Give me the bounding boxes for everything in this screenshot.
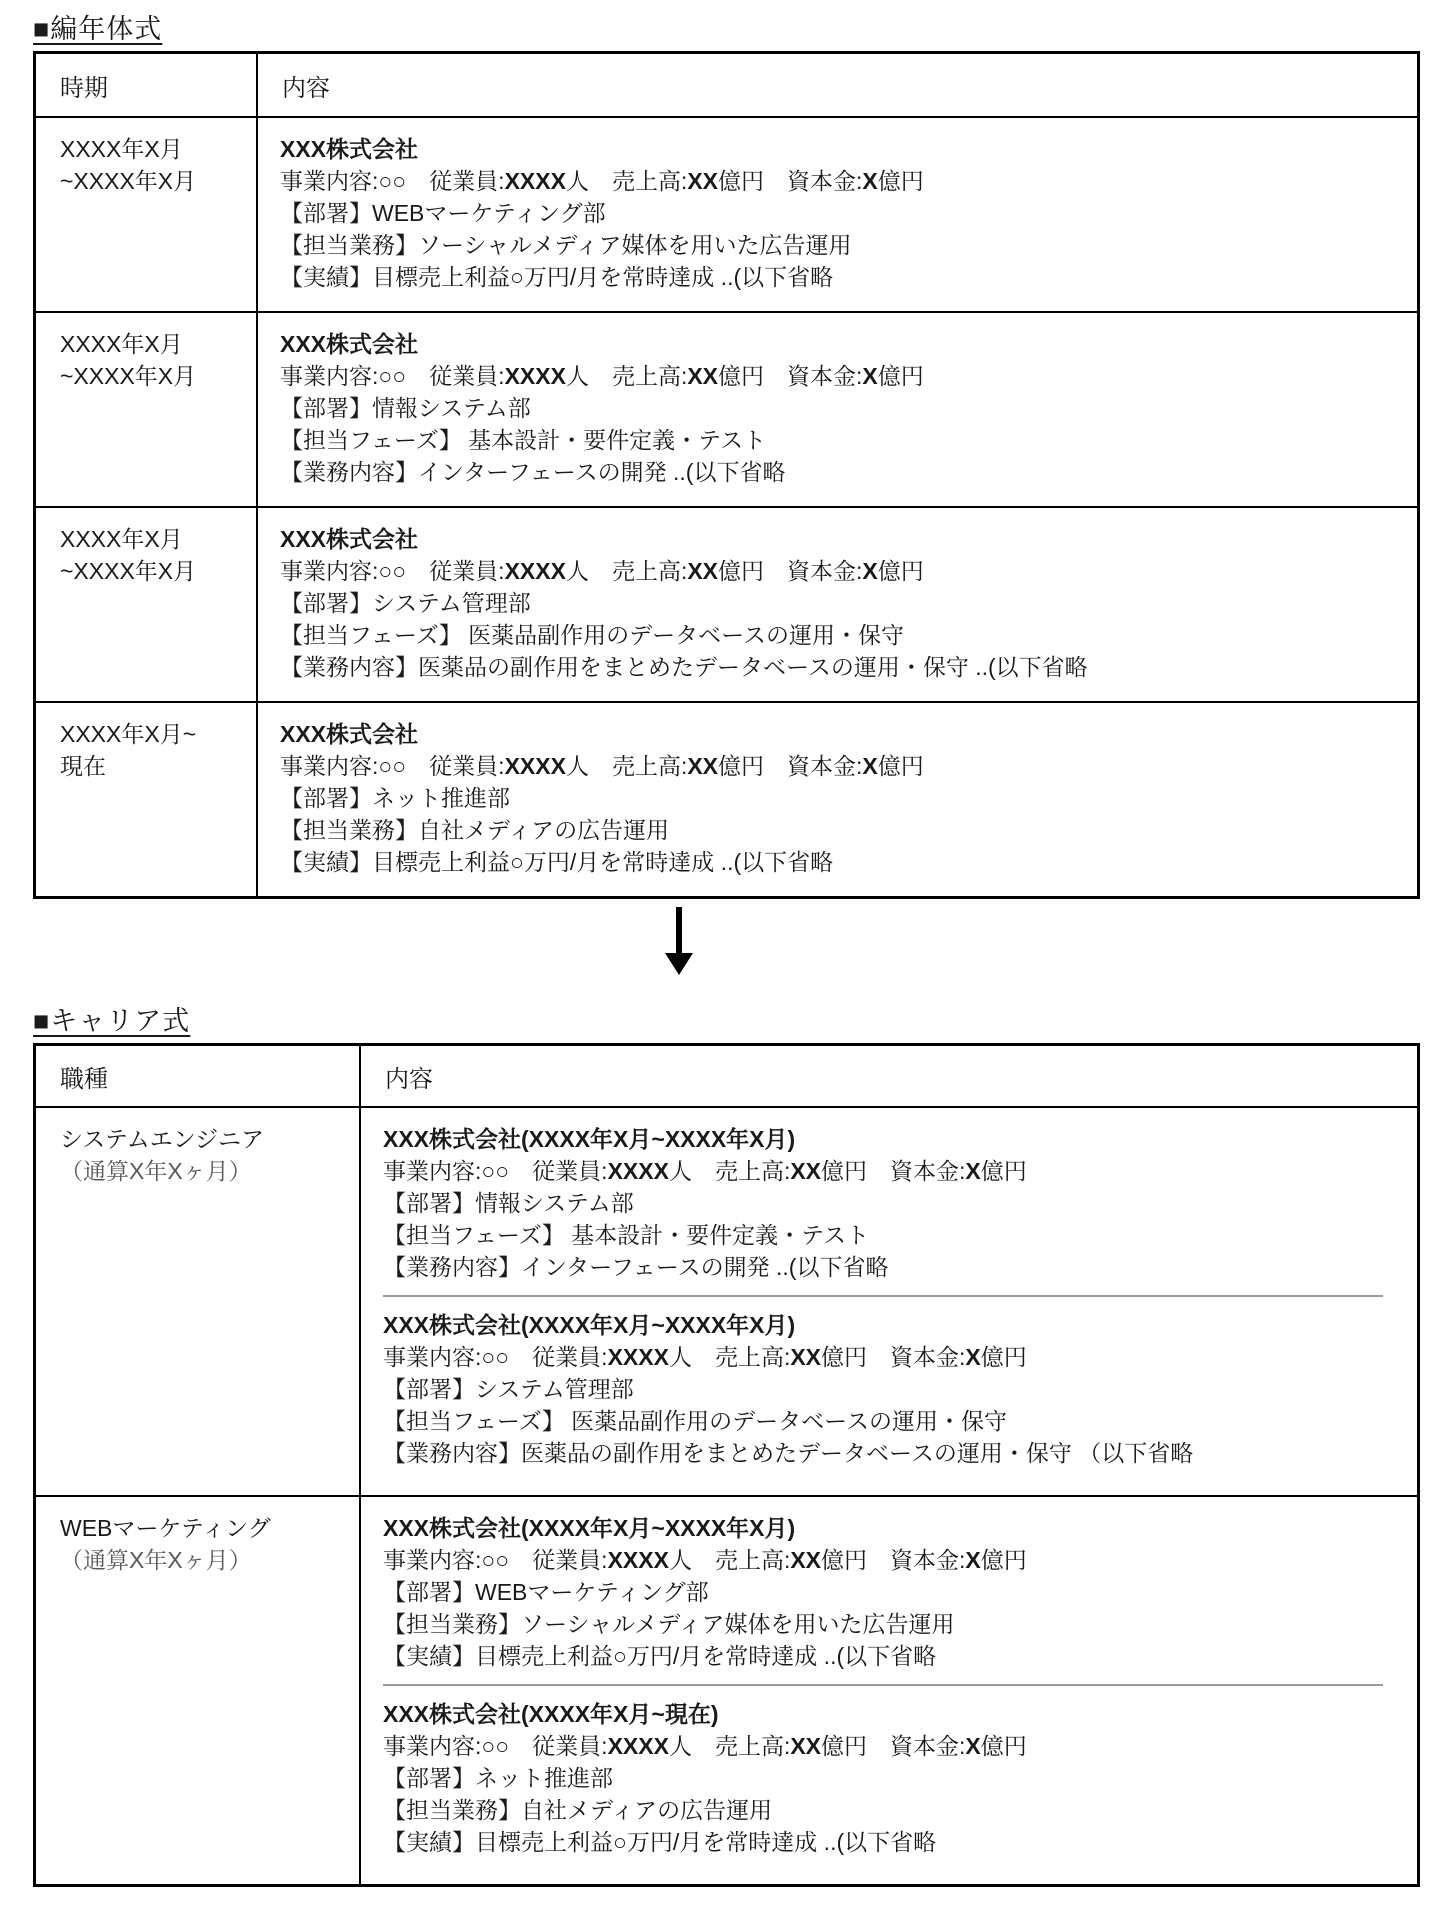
content-line: 事業内容:○○ 従業員:XXXX人 売上高:XX億円 資本金:X億円	[280, 555, 1397, 587]
text-segment: XXXX	[505, 363, 566, 389]
text-segment: XX	[790, 1547, 821, 1573]
content-line: XXX株式会社	[280, 718, 1397, 750]
text-segment: 億円 資本金:	[718, 168, 862, 194]
text-segment: 人 売上高:	[566, 168, 687, 194]
chronological-table-header: 時期 内容	[36, 54, 1417, 116]
text-segment: 事業内容:○○ 従業員:	[280, 558, 505, 584]
text-segment: 【実績】目標売上利益○万円/月を常時達成 ..(以下省略	[383, 1643, 936, 1669]
text-segment: 事業内容:○○ 従業員:	[383, 1733, 608, 1759]
text-segment: XXXX	[608, 1158, 669, 1184]
text-segment: 【実績】目標売上利益○万円/月を常時達成 ..(以下省略	[383, 1829, 936, 1855]
content-line: 【業務内容】医薬品の副作用をまとめたデータベースの運用・保守 ..(以下省略	[280, 651, 1397, 683]
text-segment: 【部署】システム管理部	[383, 1376, 634, 1402]
down-arrow-stem	[676, 907, 682, 953]
content-line: 【部署】WEBマーケティング部	[280, 197, 1397, 229]
text-segment: 【部署】ネット推進部	[280, 785, 510, 811]
text-segment: 【担当フェーズ】 基本設計・要件定義・テスト	[383, 1222, 869, 1248]
content-line: 【担当フェーズ】 基本設計・要件定義・テスト	[280, 424, 1397, 456]
text-segment: XX	[687, 753, 718, 779]
text-segment: XXX株式会社	[280, 136, 418, 162]
content-line: XXX株式会社	[280, 523, 1397, 555]
text-segment: 【部署】WEBマーケティング部	[383, 1579, 709, 1605]
content-block: XXX株式会社(XXXX年X月~XXXX年X月)事業内容:○○ 従業員:XXXX…	[383, 1512, 1397, 1672]
period-cell: XXXX年X月~XXXX年X月	[36, 508, 258, 701]
text-segment: 人 売上高:	[566, 753, 687, 779]
text-segment: 【担当フェーズ】 基本設計・要件定義・テスト	[280, 427, 766, 453]
period-line: 現在	[60, 750, 236, 782]
text-segment: XXX株式会社	[280, 526, 418, 552]
text-segment: 【部署】情報システム部	[383, 1190, 634, 1216]
text-segment: XX	[790, 1344, 821, 1370]
text-segment: 億円 資本金:	[718, 363, 862, 389]
block-separator	[383, 1684, 1383, 1686]
text-segment: 億円 資本金:	[821, 1547, 965, 1573]
period-cell: XXXX年X月~XXXX年X月	[36, 313, 258, 506]
content-line: 【担当業務】ソーシャルメディア媒体を用いた広告運用	[383, 1608, 1397, 1640]
text-segment: X	[862, 168, 877, 194]
text-segment: 事業内容:○○ 従業員:	[383, 1344, 608, 1370]
text-segment: XXXX	[505, 753, 566, 779]
content-cell: XXX株式会社事業内容:○○ 従業員:XXXX人 売上高:XX億円 資本金:X億…	[258, 313, 1417, 506]
content-block: XXX株式会社(XXXX年X月~XXXX年X月)事業内容:○○ 従業員:XXXX…	[383, 1123, 1397, 1283]
chronological-table: 時期 内容 XXXX年X月~XXXX年X月XXX株式会社事業内容:○○ 従業員:…	[33, 51, 1420, 899]
content-line: 事業内容:○○ 従業員:XXXX人 売上高:XX億円 資本金:X億円	[280, 165, 1397, 197]
document-page: ■編年体式 時期 内容 XXXX年X月~XXXX年X月XXX株式会社事業内容:○…	[0, 0, 1445, 1887]
text-segment: X	[862, 753, 877, 779]
role-cell: WEBマーケティング（通算X年Xヶ月）	[36, 1497, 361, 1884]
content-line: 事業内容:○○ 従業員:XXXX人 売上高:XX億円 資本金:X億円	[383, 1341, 1397, 1373]
text-segment: 【業務内容】インターフェースの開発 ..(以下省略	[383, 1254, 888, 1280]
table-row: XXXX年X月~XXXX年X月XXX株式会社事業内容:○○ 従業員:XXXX人 …	[36, 116, 1417, 311]
table-row: WEBマーケティング（通算X年Xヶ月）XXX株式会社(XXXX年X月~XXXX年…	[36, 1495, 1417, 1884]
career-table-body: システムエンジニア（通算X年Xヶ月）XXX株式会社(XXXX年X月~XXXX年X…	[36, 1106, 1417, 1884]
text-segment: XXXX	[505, 168, 566, 194]
content-line: 【部署】ネット推進部	[383, 1762, 1397, 1794]
text-segment: 【部署】システム管理部	[280, 590, 531, 616]
career-table-header: 職種 内容	[36, 1046, 1417, 1106]
period-cell: XXXX年X月~現在	[36, 703, 258, 896]
content-line: 事業内容:○○ 従業員:XXXX人 売上高:XX億円 資本金:X億円	[280, 360, 1397, 392]
table-row: システムエンジニア（通算X年Xヶ月）XXX株式会社(XXXX年X月~XXXX年X…	[36, 1106, 1417, 1495]
content-line: 事業内容:○○ 従業員:XXXX人 売上高:XX億円 資本金:X億円	[383, 1544, 1397, 1576]
down-arrow-icon	[665, 907, 693, 975]
text-segment: 億円	[981, 1344, 1027, 1370]
content-line: 【部署】システム管理部	[383, 1373, 1397, 1405]
content-line: 事業内容:○○ 従業員:XXXX人 売上高:XX億円 資本金:X億円	[280, 750, 1397, 782]
text-segment: 億円 資本金:	[718, 558, 862, 584]
text-segment: XXXX	[608, 1547, 669, 1573]
content-line: 【実績】目標売上利益○万円/月を常時達成 ..(以下省略	[383, 1826, 1397, 1858]
text-segment: X	[862, 558, 877, 584]
content-line: XXX株式会社(XXXX年X月~XXXX年X月)	[383, 1123, 1397, 1155]
period-cell: XXXX年X月~XXXX年X月	[36, 118, 258, 311]
text-segment: 億円 資本金:	[821, 1158, 965, 1184]
role-duration-note: （通算X年Xヶ月）	[60, 1155, 339, 1187]
text-segment: 【担当業務】自社メディアの広告運用	[383, 1797, 772, 1823]
text-segment: XXXX	[608, 1344, 669, 1370]
text-segment: 【担当フェーズ】 医薬品副作用のデータベースの運用・保守	[383, 1408, 1007, 1434]
text-segment: 人 売上高:	[566, 558, 687, 584]
content-line: 【担当業務】自社メディアの広告運用	[383, 1794, 1397, 1826]
text-segment: 【担当フェーズ】 医薬品副作用のデータベースの運用・保守	[280, 622, 904, 648]
content-block: XXX株式会社(XXXX年X月~XXXX年X月)事業内容:○○ 従業員:XXXX…	[383, 1309, 1397, 1469]
content-cell: XXX株式会社事業内容:○○ 従業員:XXXX人 売上高:XX億円 資本金:X億…	[258, 508, 1417, 701]
content-block: XXX株式会社事業内容:○○ 従業員:XXXX人 売上高:XX億円 資本金:X億…	[280, 523, 1397, 683]
text-segment: XXX株式会社(XXXX年X月~現在)	[383, 1701, 718, 1727]
text-segment: XXXX	[505, 558, 566, 584]
column-header-role: 職種	[36, 1046, 361, 1106]
text-segment: 人 売上高:	[669, 1158, 790, 1184]
section-title-career-text: ■キャリア式	[33, 1006, 190, 1036]
content-line: 【部署】情報システム部	[383, 1187, 1397, 1219]
content-line: 【部署】ネット推進部	[280, 782, 1397, 814]
content-line: 事業内容:○○ 従業員:XXXX人 売上高:XX億円 資本金:X億円	[383, 1155, 1397, 1187]
content-line: 【実績】目標売上利益○万円/月を常時達成 ..(以下省略	[383, 1640, 1397, 1672]
period-line: ~XXXX年X月	[60, 555, 236, 587]
content-cell: XXX株式会社(XXXX年X月~XXXX年X月)事業内容:○○ 従業員:XXXX…	[361, 1108, 1417, 1495]
text-segment: 億円	[981, 1158, 1027, 1184]
text-segment: XX	[790, 1158, 821, 1184]
text-segment: 億円	[878, 753, 924, 779]
period-line: ~XXXX年X月	[60, 360, 236, 392]
role-name: システムエンジニア	[60, 1123, 339, 1155]
content-line: XXX株式会社(XXXX年X月~XXXX年X月)	[383, 1309, 1397, 1341]
text-segment: XXX株式会社(XXXX年X月~XXXX年X月)	[383, 1312, 795, 1338]
text-segment: 【担当業務】ソーシャルメディア媒体を用いた広告運用	[280, 232, 852, 258]
content-line: 【担当フェーズ】 医薬品副作用のデータベースの運用・保守	[280, 619, 1397, 651]
text-segment: 【業務内容】医薬品の副作用をまとめたデータベースの運用・保守 ..(以下省略	[280, 654, 1088, 680]
text-segment: XX	[687, 558, 718, 584]
text-segment: 億円	[878, 363, 924, 389]
role-name: WEBマーケティング	[60, 1512, 339, 1544]
content-line: XXX株式会社(XXXX年X月~現在)	[383, 1698, 1397, 1730]
period-line: XXXX年X月	[60, 328, 236, 360]
column-header-content: 内容	[258, 54, 1417, 116]
content-line: 事業内容:○○ 従業員:XXXX人 売上高:XX億円 資本金:X億円	[383, 1730, 1397, 1762]
content-block: XXX株式会社事業内容:○○ 従業員:XXXX人 売上高:XX億円 資本金:X億…	[280, 718, 1397, 878]
role-cell: システムエンジニア（通算X年Xヶ月）	[36, 1108, 361, 1495]
text-segment: XXXX	[608, 1733, 669, 1759]
text-segment: 事業内容:○○ 従業員:	[383, 1547, 608, 1573]
text-segment: X	[862, 363, 877, 389]
block-separator	[383, 1295, 1383, 1297]
text-segment: 億円 資本金:	[718, 753, 862, 779]
column-header-period: 時期	[36, 54, 258, 116]
content-cell: XXX株式会社事業内容:○○ 従業員:XXXX人 売上高:XX億円 資本金:X億…	[258, 703, 1417, 896]
text-segment: XXX株式会社(XXXX年X月~XXXX年X月)	[383, 1126, 795, 1152]
section-title-career: ■キャリア式	[33, 1005, 1420, 1037]
text-segment: XX	[687, 168, 718, 194]
text-segment: 【業務内容】インターフェースの開発 ..(以下省略	[280, 459, 785, 485]
text-segment: 人 売上高:	[566, 363, 687, 389]
content-line: 【業務内容】インターフェースの開発 ..(以下省略	[383, 1251, 1397, 1283]
text-segment: 【部署】WEBマーケティング部	[280, 200, 606, 226]
text-segment: X	[965, 1344, 980, 1370]
content-line: 【業務内容】インターフェースの開発 ..(以下省略	[280, 456, 1397, 488]
period-line: XXXX年X月~	[60, 718, 236, 750]
text-segment: 人 売上高:	[669, 1733, 790, 1759]
content-line: 【部署】システム管理部	[280, 587, 1397, 619]
content-line: 【業務内容】医薬品の副作用をまとめたデータベースの運用・保守 （以下省略	[383, 1437, 1397, 1469]
text-segment: X	[965, 1547, 980, 1573]
text-segment: 人 売上高:	[669, 1344, 790, 1370]
text-segment: 事業内容:○○ 従業員:	[280, 753, 505, 779]
column-header-content: 内容	[361, 1046, 1417, 1106]
text-segment: 人 売上高:	[669, 1547, 790, 1573]
text-segment: 【業務内容】医薬品の副作用をまとめたデータベースの運用・保守 （以下省略	[383, 1440, 1193, 1466]
text-segment: 億円	[981, 1733, 1027, 1759]
text-segment: 【部署】情報システム部	[280, 395, 531, 421]
text-segment: 【担当業務】自社メディアの広告運用	[280, 817, 669, 843]
text-segment: 事業内容:○○ 従業員:	[280, 363, 505, 389]
section-title-chronological: ■編年体式	[33, 13, 1420, 45]
period-line: XXXX年X月	[60, 523, 236, 555]
text-segment: XXX株式会社	[280, 721, 418, 747]
text-segment: XX	[687, 363, 718, 389]
content-line: XXX株式会社	[280, 133, 1397, 165]
content-line: 【実績】目標売上利益○万円/月を常時達成 ..(以下省略	[280, 261, 1397, 293]
text-segment: 事業内容:○○ 従業員:	[383, 1158, 608, 1184]
table-row: XXXX年X月~XXXX年X月XXX株式会社事業内容:○○ 従業員:XXXX人 …	[36, 506, 1417, 701]
text-segment: 億円 資本金:	[821, 1733, 965, 1759]
content-cell: XXX株式会社事業内容:○○ 従業員:XXXX人 売上高:XX億円 資本金:X億…	[258, 118, 1417, 311]
text-segment: 億円 資本金:	[821, 1344, 965, 1370]
role-duration-note: （通算X年Xヶ月）	[60, 1544, 339, 1576]
text-segment: 【担当業務】ソーシャルメディア媒体を用いた広告運用	[383, 1611, 955, 1637]
text-segment: 【部署】ネット推進部	[383, 1765, 613, 1791]
content-line: XXX株式会社	[280, 328, 1397, 360]
text-segment: X	[965, 1733, 980, 1759]
text-segment: 事業内容:○○ 従業員:	[280, 168, 505, 194]
content-line: 【実績】目標売上利益○万円/月を常時達成 ..(以下省略	[280, 846, 1397, 878]
text-segment: 億円	[981, 1547, 1027, 1573]
text-segment: XXX株式会社(XXXX年X月~XXXX年X月)	[383, 1515, 795, 1541]
career-table: 職種 内容 システムエンジニア（通算X年Xヶ月）XXX株式会社(XXXX年X月~…	[33, 1043, 1420, 1887]
content-line: 【担当フェーズ】 基本設計・要件定義・テスト	[383, 1219, 1397, 1251]
table-row: XXXX年X月~現在XXX株式会社事業内容:○○ 従業員:XXXX人 売上高:X…	[36, 701, 1417, 896]
content-line: 【担当業務】ソーシャルメディア媒体を用いた広告運用	[280, 229, 1397, 261]
period-line: ~XXXX年X月	[60, 165, 236, 197]
text-segment: X	[965, 1158, 980, 1184]
text-segment: 億円	[878, 558, 924, 584]
content-line: 【担当フェーズ】 医薬品副作用のデータベースの運用・保守	[383, 1405, 1397, 1437]
content-line: 【担当業務】自社メディアの広告運用	[280, 814, 1397, 846]
text-segment: 億円	[878, 168, 924, 194]
down-arrow-head	[665, 953, 693, 975]
chronological-table-body: XXXX年X月~XXXX年X月XXX株式会社事業内容:○○ 従業員:XXXX人 …	[36, 116, 1417, 896]
content-line: 【部署】WEBマーケティング部	[383, 1576, 1397, 1608]
table-row: XXXX年X月~XXXX年X月XXX株式会社事業内容:○○ 従業員:XXXX人 …	[36, 311, 1417, 506]
content-block: XXX株式会社事業内容:○○ 従業員:XXXX人 売上高:XX億円 資本金:X億…	[280, 133, 1397, 293]
section-title-chronological-text: ■編年体式	[33, 14, 162, 44]
content-line: 【部署】情報システム部	[280, 392, 1397, 424]
content-cell: XXX株式会社(XXXX年X月~XXXX年X月)事業内容:○○ 従業員:XXXX…	[361, 1497, 1417, 1884]
spacer	[33, 975, 1420, 1005]
text-segment: 【実績】目標売上利益○万円/月を常時達成 ..(以下省略	[280, 849, 833, 875]
period-line: XXXX年X月	[60, 133, 236, 165]
text-segment: XX	[790, 1733, 821, 1759]
content-block: XXX株式会社事業内容:○○ 従業員:XXXX人 売上高:XX億円 資本金:X億…	[280, 328, 1397, 488]
content-line: XXX株式会社(XXXX年X月~XXXX年X月)	[383, 1512, 1397, 1544]
text-segment: 【実績】目標売上利益○万円/月を常時達成 ..(以下省略	[280, 264, 833, 290]
text-segment: XXX株式会社	[280, 331, 418, 357]
content-block: XXX株式会社(XXXX年X月~現在)事業内容:○○ 従業員:XXXX人 売上高…	[383, 1698, 1397, 1858]
